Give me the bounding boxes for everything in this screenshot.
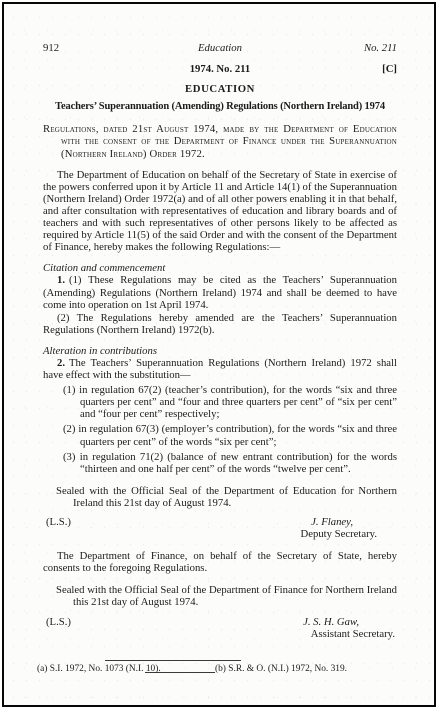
amendment-item-2: (2) in regulation 67(3) (employer’s cont… <box>63 423 397 447</box>
signatory-2-title: Assistant Secretary. <box>303 628 397 640</box>
signatory-2-name: J. S. H. Gaw, <box>303 616 397 628</box>
regulation-2-text: The Teachers’ Superannuation Regulations… <box>43 357 397 381</box>
seal-mark-1: (L.S.) <box>43 516 71 540</box>
amendment-item-3-number: (3) <box>63 451 75 463</box>
sealing-clause-education: Sealed with the Official Seal of the Dep… <box>43 485 397 509</box>
doc-number-row: 1974. No. 211 [C] <box>43 63 397 75</box>
amendment-item-2-text: in regulation 67(3) (employer’s contribu… <box>78 423 397 447</box>
footnotes: (a) S.I. 1972, No. 1073 (N.I. 10). (b) S… <box>43 664 397 675</box>
regulation-1-text: (1) These Regulations may be cited as th… <box>43 274 397 310</box>
subject-heading: EDUCATION <box>43 83 397 95</box>
amendment-item-3-text: in regulation 71(2) (balance of new entr… <box>80 451 397 475</box>
footnote-rule-left <box>105 660 241 661</box>
document-title: Teachers’ Superannuation (Amending) Regu… <box>43 101 397 113</box>
regulation-2-number: 2. <box>57 357 65 369</box>
section2-heading: Alteration in contributions <box>43 345 397 357</box>
finance-consent-paragraph: The Department of Finance, on behalf of … <box>43 550 397 574</box>
seal-mark-2: (L.S.) <box>43 616 71 640</box>
running-title: Education <box>113 42 327 54</box>
amendment-item-3: (3) in regulation 71(2) (balance of new … <box>63 451 397 475</box>
amendment-list: (1) in regulation 67(2) (teacher’s contr… <box>43 384 397 475</box>
amendment-item-1-number: (1) <box>63 384 75 396</box>
classification-mark: [C] <box>382 63 397 75</box>
footnote-separator-rule <box>43 660 397 662</box>
regulation-1-number: 1. <box>57 274 65 286</box>
section1-heading: Citation and commencement <box>43 262 397 274</box>
regulation-2-paragraph: 2.The Teachers’ Superannuation Regulatio… <box>43 357 397 381</box>
document-page: 912 Education No. 211 1974. No. 211 [C] … <box>2 2 436 707</box>
signature-row-education: (L.S.) J. Flaney, Deputy Secretary. <box>43 516 397 540</box>
footnote-a: (a) S.I. 1972, No. 1073 (N.I. 10). <box>37 664 215 675</box>
enacting-paragraph: The Department of Education on behalf of… <box>43 169 397 254</box>
page-number: 912 <box>43 42 113 54</box>
signatory-1-name: J. Flaney, <box>301 516 397 528</box>
doc-number: 1974. No. 211 <box>190 63 251 75</box>
amendment-item-1-text: in regulation 67(2) (teacher’s contribut… <box>79 384 397 420</box>
signature-block-1: J. Flaney, Deputy Secretary. <box>301 516 397 540</box>
signature-block-2: J. S. H. Gaw, Assistant Secretary. <box>303 616 397 640</box>
amendment-item-1: (1) in regulation 67(2) (teacher’s contr… <box>63 384 397 420</box>
running-number: No. 211 <box>327 42 397 54</box>
footnote-b: (b) S.R. & O. (N.I.) 1972, No. 319. <box>215 664 397 675</box>
signatory-1-title: Deputy Secretary. <box>301 528 397 540</box>
running-head: 912 Education No. 211 <box>43 42 397 54</box>
sealing-clause-finance: Sealed with the Official Seal of the Dep… <box>43 584 397 608</box>
regulation-1-paragraph-2: (2) The Regulations hereby amended are t… <box>43 312 397 336</box>
signature-row-finance: (L.S.) J. S. H. Gaw, Assistant Secretary… <box>43 616 397 640</box>
preamble: Regulations, dated 21st August 1974, mad… <box>43 123 397 159</box>
amendment-item-2-number: (2) <box>63 423 75 435</box>
regulation-1-paragraph-1: 1.(1) These Regulations may be cited as … <box>43 274 397 310</box>
